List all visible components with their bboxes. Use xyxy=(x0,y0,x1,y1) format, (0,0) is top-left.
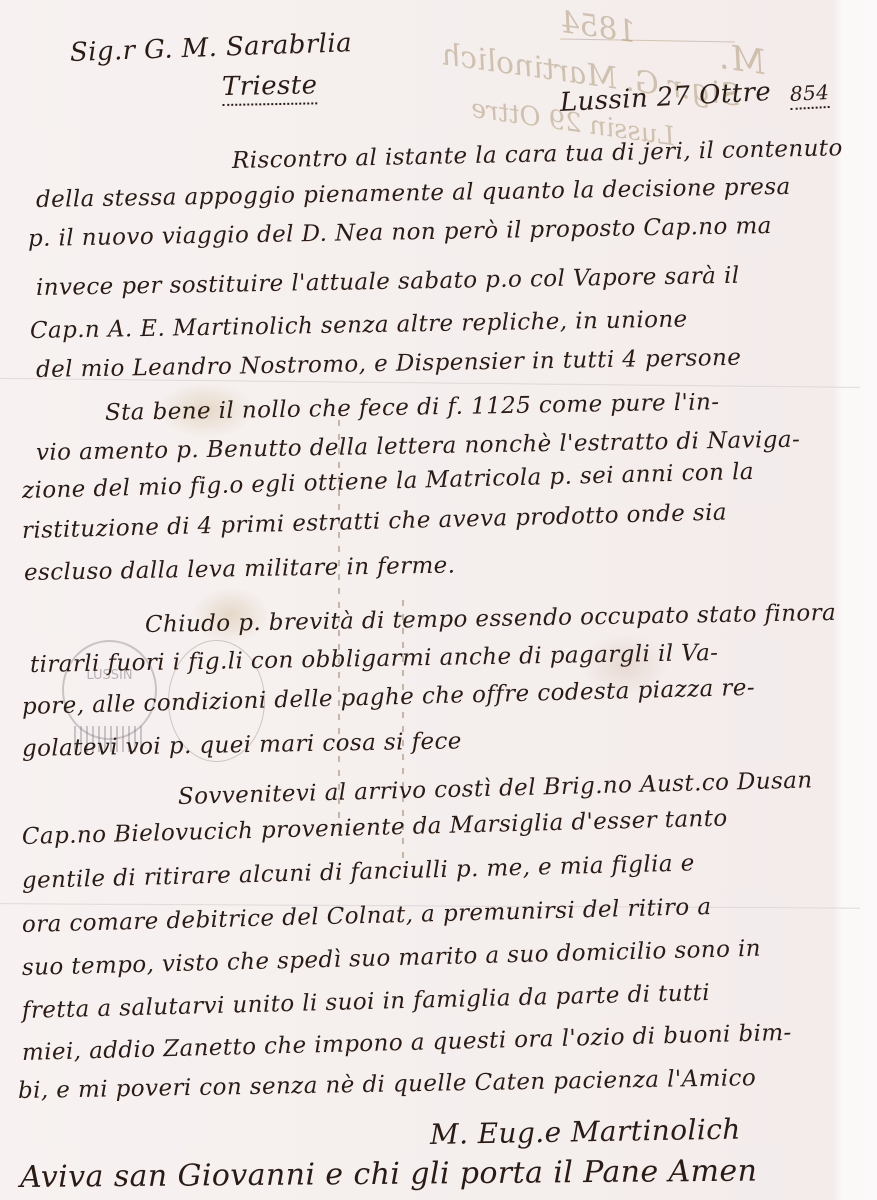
body-line: Cap.no Bielovucich proveniente da Marsig… xyxy=(22,806,728,850)
body-line: fretta a salutarvi unito li suoi in fami… xyxy=(22,980,711,1024)
bleed-through-text: 1854 xyxy=(558,5,638,50)
bleed-through-rule xyxy=(560,38,735,42)
body-line: ristituzione di 4 primi estratti che ave… xyxy=(22,500,728,544)
recipient-name: Sig.r G. M. Sarabrlia xyxy=(69,28,352,68)
letter-place-date: Lussin 27 Ottre xyxy=(559,77,772,118)
body-line: Sovvenitevi al arrivo costì del Brig.no … xyxy=(178,767,813,810)
body-line: Cap.n A. E. Martinolich senza altre repl… xyxy=(30,307,688,344)
letter-page: 1854 Sig.r G. Martinolich Lussin 29 Ottr… xyxy=(0,0,877,1200)
body-line: invece per sostituire l'attuale sabato p… xyxy=(36,263,740,301)
recipient-city: Trieste xyxy=(222,70,318,106)
letter-year: 854 xyxy=(789,80,830,110)
body-line: zione del mio fig.o egli ottiene la Matr… xyxy=(22,459,755,504)
body-line: p. il nuovo viaggio del D. Nea non però … xyxy=(28,213,772,252)
body-line: miei, addio Zanetto che impono a questi … xyxy=(22,1020,792,1066)
body-line: bi, e mi poveri con senza nè di quelle C… xyxy=(18,1065,757,1104)
postscript: Aviva san Giovanni e chi gli porta il Pa… xyxy=(20,1154,758,1195)
body-line: ora comare debitrice del Colnat, a premu… xyxy=(22,894,712,938)
body-line: Sta bene il nollo che fece di f. 1125 co… xyxy=(105,389,720,426)
body-line: escluso dalla leva militare in ferme. xyxy=(24,552,456,586)
signature: M. Eug.e Martinolich xyxy=(430,1113,741,1151)
body-line: del mio Leandro Nostromo, e Dispensier i… xyxy=(36,345,742,383)
bleed-through-text: M. xyxy=(717,37,768,83)
body-line: Riscontro al istante la cara tua di jeri… xyxy=(232,135,843,174)
body-line: gentile di ritirare alcuni di fanciulli … xyxy=(22,850,695,894)
body-line: Chiudo p. brevità di tempo essendo occup… xyxy=(145,600,837,638)
body-line: suo tempo, visto che spedì suo marito a … xyxy=(22,936,762,981)
body-line: della stessa appoggio pienamente al quan… xyxy=(36,174,791,213)
